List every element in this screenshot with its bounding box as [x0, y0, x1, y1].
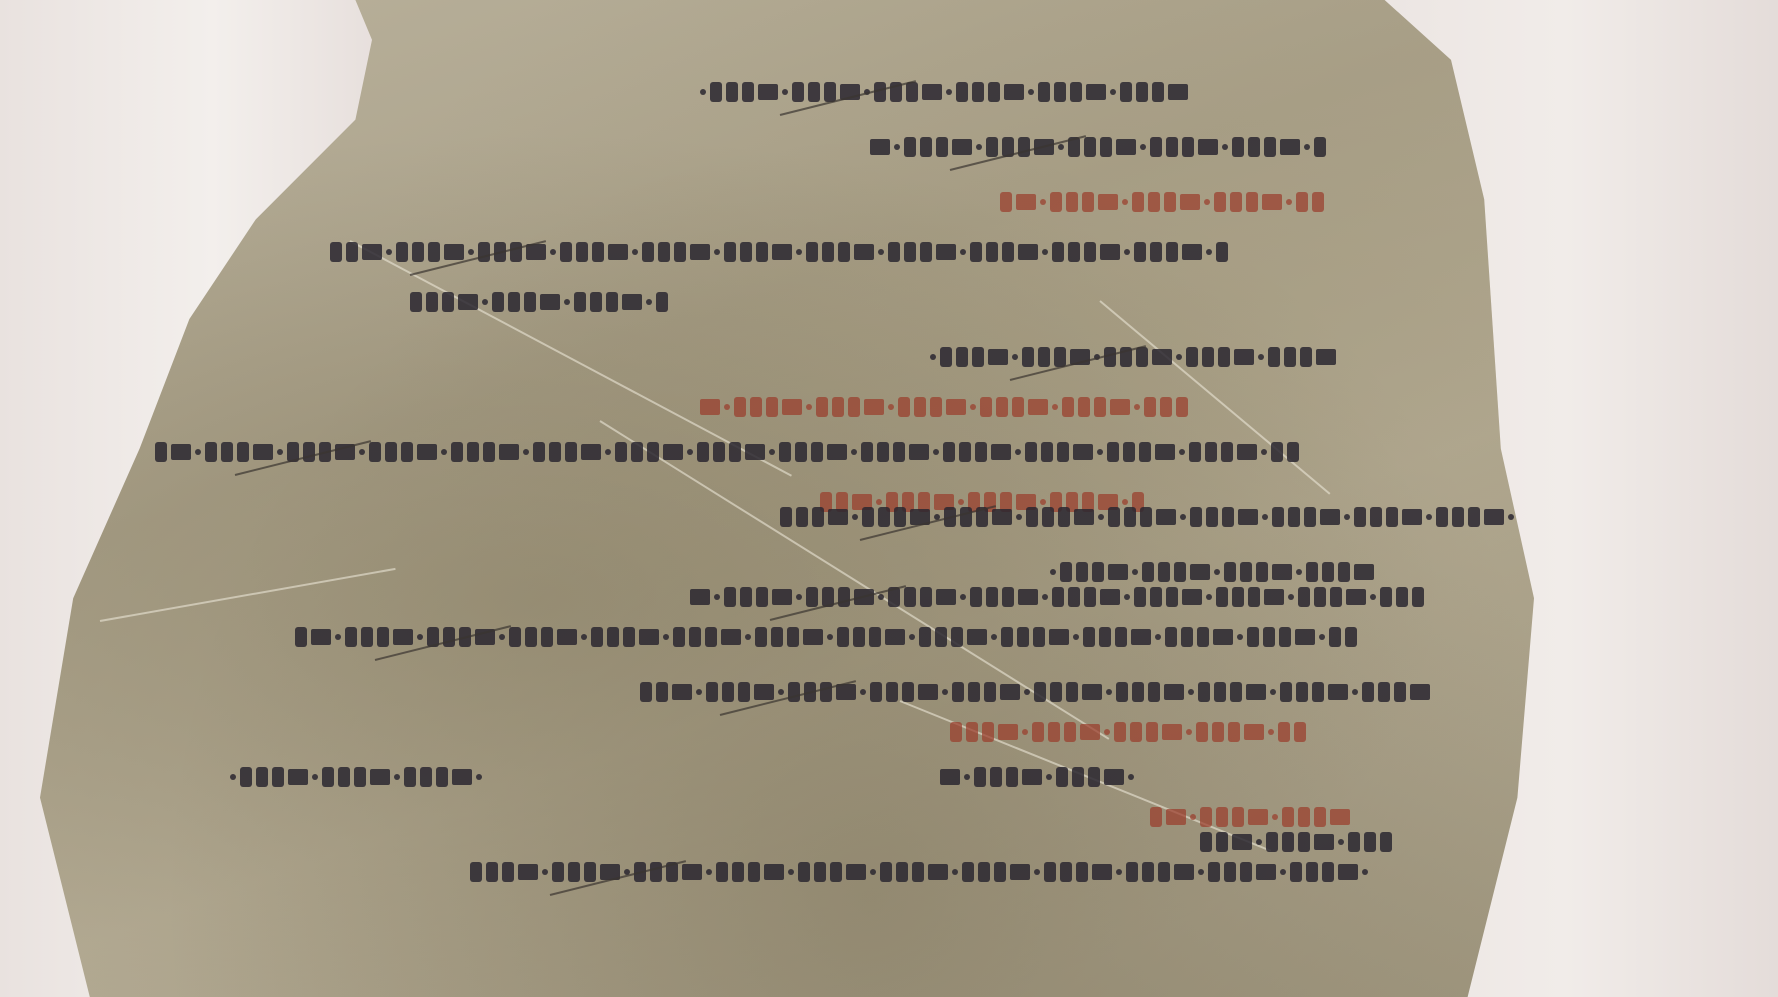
- glyph-mark: [1378, 682, 1390, 702]
- glyph-mark: [1426, 514, 1432, 520]
- glyph-mark: [1134, 587, 1146, 607]
- glyph-mark: [920, 242, 932, 262]
- glyph-mark: [502, 862, 514, 882]
- glyph-mark: [782, 399, 802, 415]
- glyph-mark: [574, 292, 586, 312]
- glyph-mark: [690, 589, 710, 605]
- glyph-mark: [984, 682, 996, 702]
- glyph-mark: [673, 627, 685, 647]
- glyph-mark: [1150, 807, 1162, 827]
- glyph-mark: [820, 682, 832, 702]
- glyph-mark: [1338, 864, 1358, 880]
- glyph-mark: [1316, 349, 1336, 365]
- glyph-mark: [1115, 627, 1127, 647]
- glyph-mark: [1150, 242, 1162, 262]
- glyph-mark: [557, 629, 577, 645]
- glyph-mark: [974, 767, 986, 787]
- glyph-mark: [1132, 682, 1144, 702]
- glyph-mark: [1280, 682, 1292, 702]
- glyph-mark: [972, 82, 984, 102]
- glyph-mark: [631, 442, 643, 462]
- inscription-line: [950, 720, 1306, 744]
- glyph-mark: [1139, 442, 1151, 462]
- glyph-mark: [1098, 514, 1104, 520]
- glyph-mark: [1436, 507, 1448, 527]
- glyph-mark: [483, 442, 495, 462]
- glyph-mark: [312, 774, 318, 780]
- glyph-mark: [732, 862, 744, 882]
- glyph-mark: [803, 629, 823, 645]
- glyph-mark: [295, 627, 307, 647]
- glyph-mark: [860, 689, 866, 695]
- glyph-mark: [288, 769, 308, 785]
- glyph-mark: [1198, 682, 1210, 702]
- glyph-mark: [877, 442, 889, 462]
- glyph-mark: [468, 249, 474, 255]
- glyph-mark: [1052, 404, 1058, 410]
- glyph-mark: [1104, 769, 1124, 785]
- glyph-mark: [1146, 722, 1158, 742]
- glyph-mark: [1284, 347, 1296, 367]
- glyph-mark: [991, 444, 1011, 460]
- glyph-mark: [444, 244, 464, 260]
- glyph-mark: [1082, 684, 1102, 700]
- glyph-mark: [986, 137, 998, 157]
- glyph-mark: [966, 722, 978, 742]
- glyph-mark: [1205, 442, 1217, 462]
- glyph-mark: [1338, 562, 1350, 582]
- glyph-mark: [827, 444, 847, 460]
- glyph-mark: [828, 509, 848, 525]
- glyph-mark: [1100, 244, 1120, 260]
- glyph-mark: [656, 682, 668, 702]
- glyph-mark: [1263, 627, 1275, 647]
- glyph-mark: [1306, 862, 1318, 882]
- glyph-mark: [1412, 587, 1424, 607]
- glyph-mark: [322, 767, 334, 787]
- glyph-mark: [1166, 809, 1186, 825]
- glyph-mark: [706, 682, 718, 702]
- glyph-mark: [1314, 137, 1326, 157]
- glyph-mark: [878, 507, 890, 527]
- glyph-mark: [576, 242, 588, 262]
- glyph-mark: [946, 89, 952, 95]
- glyph-mark: [806, 404, 812, 410]
- glyph-mark: [1206, 507, 1218, 527]
- inscription-line: [1200, 830, 1392, 854]
- glyph-mark: [909, 444, 929, 460]
- glyph-mark: [1179, 449, 1185, 455]
- glyph-mark: [1098, 194, 1118, 210]
- glyph-mark: [1271, 442, 1283, 462]
- glyph-mark: [951, 627, 963, 647]
- glyph-mark: [1186, 347, 1198, 367]
- glyph-mark: [894, 144, 900, 150]
- glyph-mark: [1010, 864, 1030, 880]
- glyph-mark: [1222, 507, 1234, 527]
- glyph-mark: [970, 587, 982, 607]
- glyph-mark: [359, 449, 365, 455]
- glyph-mark: [1060, 862, 1072, 882]
- glyph-mark: [354, 767, 366, 787]
- glyph-mark: [526, 244, 546, 260]
- glyph-mark: [1298, 807, 1310, 827]
- glyph-mark: [1329, 627, 1341, 647]
- glyph-mark: [778, 689, 784, 695]
- glyph-mark: [836, 684, 856, 700]
- glyph-mark: [1264, 589, 1284, 605]
- glyph-mark: [1144, 397, 1156, 417]
- glyph-mark: [1094, 397, 1106, 417]
- glyph-mark: [1002, 587, 1014, 607]
- glyph-mark: [1142, 862, 1154, 882]
- glyph-mark: [758, 84, 778, 100]
- glyph-mark: [782, 89, 788, 95]
- glyph-mark: [509, 627, 521, 647]
- glyph-mark: [1288, 507, 1300, 527]
- glyph-mark: [396, 242, 408, 262]
- glyph-mark: [861, 442, 873, 462]
- glyph-mark: [1084, 242, 1096, 262]
- glyph-mark: [523, 449, 529, 455]
- glyph-mark: [1012, 354, 1018, 360]
- glyph-mark: [1296, 569, 1302, 575]
- glyph-mark: [1290, 862, 1302, 882]
- glyph-mark: [726, 82, 738, 102]
- glyph-mark: [1022, 769, 1042, 785]
- glyph-mark: [467, 442, 479, 462]
- glyph-mark: [714, 249, 720, 255]
- glyph-mark: [880, 862, 892, 882]
- glyph-mark: [1370, 507, 1382, 527]
- glyph-mark: [1001, 627, 1013, 647]
- glyph-mark: [956, 347, 968, 367]
- inscription-line: [1000, 190, 1324, 214]
- glyph-mark: [1338, 839, 1344, 845]
- glyph-mark: [922, 84, 942, 100]
- glyph-mark: [1286, 199, 1292, 205]
- glyph-mark: [412, 242, 424, 262]
- glyph-mark: [1025, 442, 1037, 462]
- glyph-mark: [237, 442, 249, 462]
- glyph-mark: [1228, 722, 1240, 742]
- glyph-mark: [272, 767, 284, 787]
- glyph-mark: [1166, 587, 1178, 607]
- glyph-mark: [442, 292, 454, 312]
- glyph-mark: [853, 627, 865, 647]
- glyph-mark: [1380, 587, 1392, 607]
- glyph-mark: [766, 397, 778, 417]
- glyph-mark: [1168, 84, 1188, 100]
- glyph-mark: [605, 449, 611, 455]
- glyph-mark: [1246, 192, 1258, 212]
- glyph-mark: [808, 82, 820, 102]
- glyph-mark: [1042, 594, 1048, 600]
- glyph-mark: [1088, 767, 1100, 787]
- glyph-mark: [1262, 194, 1282, 210]
- glyph-mark: [755, 627, 767, 647]
- glyph-mark: [443, 627, 455, 647]
- glyph-mark: [1050, 569, 1056, 575]
- glyph-mark: [991, 634, 997, 640]
- glyph-mark: [1330, 809, 1350, 825]
- glyph-mark: [912, 862, 924, 882]
- glyph-mark: [311, 629, 331, 645]
- glyph-mark: [1107, 442, 1119, 462]
- glyph-mark: [902, 682, 914, 702]
- glyph-mark: [764, 864, 784, 880]
- glyph-mark: [1034, 682, 1046, 702]
- glyph-mark: [608, 244, 628, 260]
- glyph-mark: [1212, 722, 1224, 742]
- glyph-mark: [996, 397, 1008, 417]
- glyph-mark: [742, 82, 754, 102]
- glyph-mark: [1128, 774, 1134, 780]
- glyph-mark: [740, 242, 752, 262]
- glyph-mark: [748, 862, 760, 882]
- glyph-mark: [1256, 839, 1262, 845]
- glyph-mark: [615, 442, 627, 462]
- glyph-mark: [1068, 587, 1080, 607]
- glyph-mark: [756, 242, 768, 262]
- inscription-line: [690, 585, 1424, 609]
- glyph-mark: [1346, 589, 1366, 605]
- glyph-mark: [1066, 192, 1078, 212]
- glyph-mark: [1142, 562, 1154, 582]
- glyph-mark: [1050, 192, 1062, 212]
- glyph-mark: [335, 634, 341, 640]
- glyph-mark: [564, 299, 570, 305]
- glyph-mark: [1164, 684, 1184, 700]
- glyph-mark: [837, 627, 849, 647]
- glyph-mark: [568, 862, 580, 882]
- glyph-mark: [394, 774, 400, 780]
- glyph-mark: [369, 442, 381, 462]
- glyph-mark: [1174, 562, 1186, 582]
- glyph-mark: [385, 442, 397, 462]
- glyph-mark: [920, 587, 932, 607]
- glyph-mark: [894, 507, 906, 527]
- glyph-mark: [581, 634, 587, 640]
- glyph-mark: [888, 242, 900, 262]
- glyph-mark: [478, 242, 490, 262]
- glyph-mark: [441, 449, 447, 455]
- glyph-mark: [1295, 629, 1315, 645]
- glyph-mark: [1232, 587, 1244, 607]
- glyph-mark: [1155, 444, 1175, 460]
- glyph-mark: [976, 144, 982, 150]
- glyph-mark: [622, 294, 642, 310]
- glyph-mark: [935, 627, 947, 647]
- glyph-mark: [370, 769, 390, 785]
- glyph-mark: [1256, 562, 1268, 582]
- glyph-mark: [1181, 627, 1193, 647]
- glyph-mark: [639, 629, 659, 645]
- glyph-mark: [806, 242, 818, 262]
- inscription-line: [295, 625, 1357, 649]
- glyph-mark: [724, 587, 736, 607]
- glyph-mark: [930, 397, 942, 417]
- glyph-mark: [1248, 587, 1260, 607]
- glyph-mark: [756, 587, 768, 607]
- glyph-mark: [904, 137, 916, 157]
- glyph-mark: [592, 242, 604, 262]
- glyph-mark: [1272, 507, 1284, 527]
- glyph-mark: [1116, 139, 1136, 155]
- glyph-mark: [1057, 442, 1069, 462]
- glyph-mark: [716, 862, 728, 882]
- glyph-mark: [1162, 724, 1182, 740]
- glyph-mark: [936, 137, 948, 157]
- glyph-mark: [942, 689, 948, 695]
- glyph-mark: [1108, 564, 1128, 580]
- glyph-mark: [689, 627, 701, 647]
- glyph-mark: [846, 864, 866, 880]
- glyph-mark: [909, 634, 915, 640]
- inscription-line: [230, 765, 482, 789]
- glyph-mark: [787, 627, 799, 647]
- glyph-mark: [870, 682, 882, 702]
- glyph-mark: [1176, 397, 1188, 417]
- glyph-mark: [590, 292, 602, 312]
- glyph-mark: [1320, 509, 1340, 525]
- glyph-mark: [964, 774, 970, 780]
- glyph-mark: [936, 589, 956, 605]
- glyph-mark: [706, 869, 712, 875]
- glyph-mark: [1097, 449, 1103, 455]
- glyph-mark: [705, 627, 717, 647]
- glyph-mark: [1108, 507, 1120, 527]
- glyph-mark: [1124, 249, 1130, 255]
- glyph-mark: [1362, 869, 1368, 875]
- glyph-mark: [1214, 682, 1226, 702]
- glyph-mark: [1150, 137, 1162, 157]
- glyph-mark: [1072, 767, 1084, 787]
- glyph-mark: [171, 444, 191, 460]
- glyph-mark: [1012, 397, 1024, 417]
- glyph-mark: [1262, 514, 1268, 520]
- glyph-mark: [1319, 634, 1325, 640]
- glyph-mark: [1082, 192, 1094, 212]
- glyph-mark: [1022, 347, 1034, 367]
- glyph-mark: [943, 442, 955, 462]
- glyph-mark: [788, 682, 800, 702]
- glyph-mark: [754, 684, 774, 700]
- glyph-mark: [1221, 442, 1233, 462]
- glyph-mark: [780, 507, 792, 527]
- inscription-line: [640, 680, 1430, 704]
- glyph-mark: [796, 594, 802, 600]
- glyph-mark: [1092, 864, 1112, 880]
- glyph-mark: [525, 627, 537, 647]
- glyph-mark: [1022, 729, 1028, 735]
- glyph-mark: [1322, 562, 1334, 582]
- glyph-mark: [1304, 507, 1316, 527]
- glyph-mark: [1200, 807, 1212, 827]
- glyph-mark: [1222, 144, 1228, 150]
- glyph-mark: [1248, 809, 1268, 825]
- glyph-mark: [722, 682, 734, 702]
- inscription-line: [780, 505, 1514, 529]
- glyph-mark: [1237, 444, 1257, 460]
- glyph-mark: [1402, 509, 1422, 525]
- glyph-mark: [724, 404, 730, 410]
- glyph-mark: [1264, 137, 1276, 157]
- glyph-mark: [1189, 442, 1201, 462]
- glyph-mark: [920, 137, 932, 157]
- glyph-mark: [1314, 587, 1326, 607]
- glyph-mark: [906, 82, 918, 102]
- glyph-mark: [788, 869, 794, 875]
- glyph-mark: [1279, 627, 1291, 647]
- glyph-mark: [1306, 562, 1318, 582]
- glyph-mark: [960, 594, 966, 600]
- glyph-mark: [1280, 869, 1286, 875]
- glyph-mark: [700, 89, 706, 95]
- glyph-mark: [1298, 832, 1310, 852]
- glyph-mark: [940, 347, 952, 367]
- glyph-mark: [524, 292, 536, 312]
- glyph-mark: [330, 242, 342, 262]
- glyph-mark: [1033, 627, 1045, 647]
- glyph-mark: [1018, 589, 1038, 605]
- glyph-mark: [560, 242, 572, 262]
- glyph-mark: [852, 514, 858, 520]
- inscription-line: [870, 135, 1326, 159]
- glyph-mark: [417, 634, 423, 640]
- glyph-mark: [864, 399, 884, 415]
- glyph-mark: [1244, 724, 1264, 740]
- glyph-mark: [1132, 192, 1144, 212]
- glyph-mark: [1073, 634, 1079, 640]
- glyph-mark: [1182, 589, 1202, 605]
- glyph-mark: [1348, 832, 1360, 852]
- glyph-mark: [1042, 507, 1054, 527]
- glyph-mark: [772, 589, 792, 605]
- glyph-mark: [1038, 82, 1050, 102]
- glyph-mark: [792, 82, 804, 102]
- glyph-mark: [1084, 137, 1096, 157]
- glyph-mark: [1018, 244, 1038, 260]
- glyph-mark: [1214, 192, 1226, 212]
- glyph-mark: [1158, 862, 1170, 882]
- glyph-mark: [745, 444, 765, 460]
- glyph-mark: [1182, 244, 1202, 260]
- glyph-mark: [1224, 862, 1236, 882]
- glyph-mark: [1166, 137, 1178, 157]
- glyph-mark: [1345, 627, 1357, 647]
- inscription-line: [1150, 805, 1350, 829]
- glyph-mark: [1216, 242, 1228, 262]
- glyph-mark: [584, 862, 596, 882]
- glyph-mark: [1006, 767, 1018, 787]
- glyph-mark: [642, 242, 654, 262]
- glyph-mark: [806, 587, 818, 607]
- glyph-mark: [848, 397, 860, 417]
- glyph-mark: [303, 442, 315, 462]
- glyph-mark: [886, 682, 898, 702]
- glyph-mark: [1296, 192, 1308, 212]
- glyph-mark: [816, 397, 828, 417]
- glyph-mark: [1123, 442, 1135, 462]
- glyph-mark: [1364, 832, 1376, 852]
- glyph-mark: [1354, 507, 1366, 527]
- glyph-mark: [1074, 509, 1094, 525]
- glyph-mark: [697, 442, 709, 462]
- glyph-mark: [898, 397, 910, 417]
- glyph-mark: [1198, 869, 1204, 875]
- glyph-mark: [1362, 682, 1374, 702]
